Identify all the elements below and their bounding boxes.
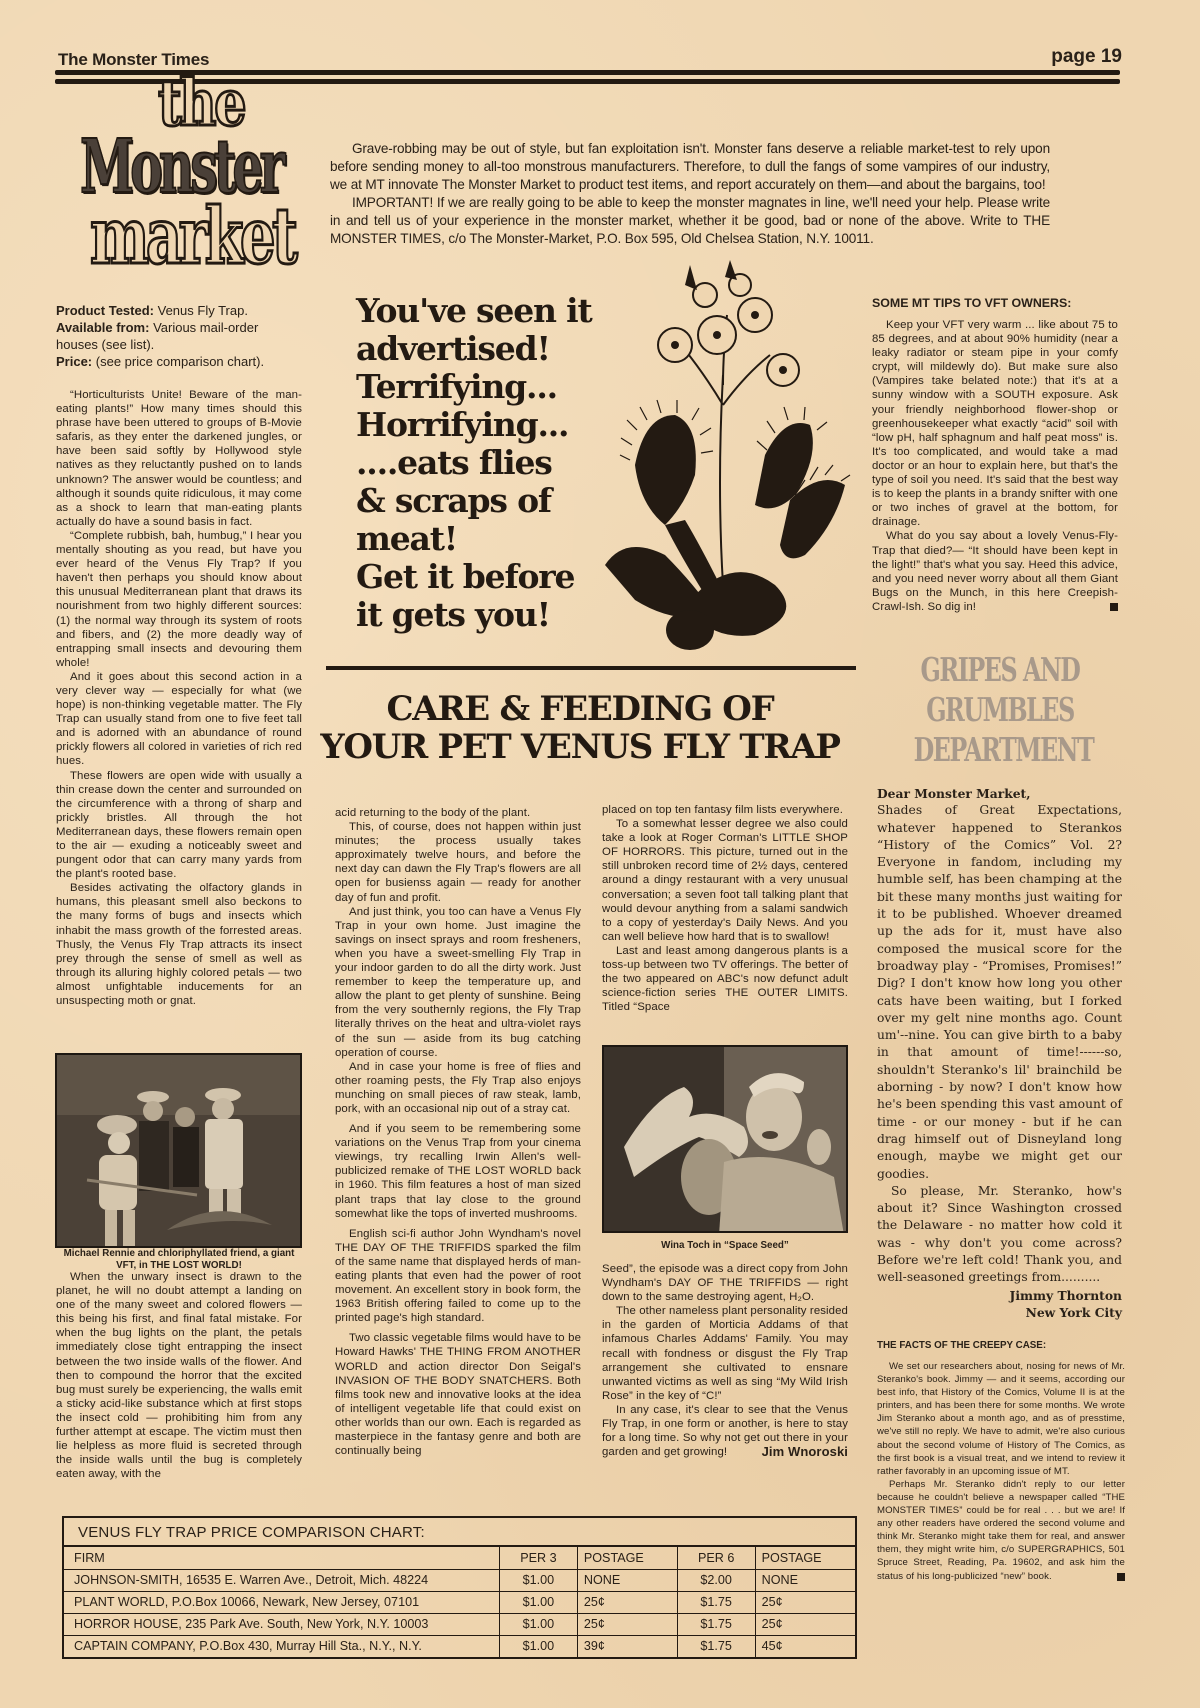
article-paragraph: Seed”, the episode was a direct copy fro… [602, 1262, 848, 1304]
firm-cell: CAPTAIN COMPANY, P.O.Box 430, Murray Hil… [64, 1635, 500, 1657]
plant-icon [605, 255, 855, 665]
per-3-cell: $1.00 [500, 1591, 578, 1613]
article-paragraph: And in case your home is free of flies a… [335, 1060, 581, 1116]
article-paragraph: Two classic vegetable films would have t… [335, 1331, 581, 1458]
price-value: (see price comparison chart). [96, 354, 264, 369]
intro-paragraph: Grave-robbing may be out of style, but f… [330, 140, 1050, 194]
price-chart-table: FIRM PER 3 POSTAGE PER 6 POSTAGE JOHNSON… [64, 1547, 855, 1657]
tips-heading: SOME MT TIPS TO VFT OWNERS: [872, 296, 1136, 310]
postage-6-cell: NONE [755, 1569, 855, 1591]
article-paragraph: And just think, you too can have a Venus… [335, 905, 581, 1060]
facts-heading: THE FACTS OF THE CREEPY CASE: [877, 1340, 1127, 1351]
per-6-cell: $1.75 [677, 1635, 755, 1657]
article-paragraph: The other nameless plant personality res… [602, 1304, 848, 1403]
price-label: Price: [56, 354, 92, 369]
reader-letter: Dear Monster Market, Shades of Great Exp… [877, 785, 1122, 1321]
firm-cell: JOHNSON-SMITH, 16535 E. Warren Ave., Det… [64, 1569, 500, 1591]
column-header-firm: FIRM [64, 1547, 500, 1569]
monster-market-logo: the Monster market [80, 72, 310, 272]
per-6-cell: $1.75 [677, 1613, 755, 1635]
ad-line: & scraps of [356, 482, 616, 520]
article-paragraph: To a somewhat lesser degree we also coul… [602, 817, 848, 944]
intro-text: Grave-robbing may be out of style, but f… [330, 140, 1050, 248]
product-info: Product Tested: Venus Fly Trap. Availabl… [56, 302, 300, 370]
postage-6-cell: 25¢ [755, 1613, 855, 1635]
page-number: page 19 [1051, 46, 1122, 68]
column-header-per-3: PER 3 [500, 1547, 578, 1569]
product-tested-value: Venus Fly Trap. [158, 303, 248, 318]
postage-3-cell: 25¢ [577, 1591, 677, 1613]
tips-paragraph: What do you say about a lovely Venus-Fly… [872, 529, 1118, 614]
price-chart-title: VENUS FLY TRAP PRICE COMPARISON CHART: [64, 1518, 855, 1547]
per-3-cell: $1.00 [500, 1613, 578, 1635]
space-seed-photo [602, 1045, 848, 1233]
article-headline-line-1: CARE & FEEDING OF [300, 690, 860, 728]
lost-world-caption: Michael Rennie and chloriphyllated frien… [54, 1248, 304, 1272]
letter-paragraph: Shades of Great Expectations, whatever h… [877, 802, 1122, 1183]
ad-copy: You've seen it advertised! Terrifying...… [356, 292, 616, 634]
space-seed-caption: Wina Toch in “Space Seed” [602, 1240, 848, 1252]
letter-signer-city: New York City [877, 1304, 1122, 1321]
per-3-cell: $1.00 [500, 1569, 578, 1591]
article-paragraph: And it goes about this second action in … [56, 670, 302, 769]
article-paragraph: Besides activating the olfactory glands … [56, 881, 302, 1008]
article-paragraph: These flowers are open wide with usually… [56, 769, 302, 882]
price-chart-row: CAPTAIN COMPANY, P.O.Box 430, Murray Hil… [64, 1635, 855, 1657]
ad-line: advertised! [356, 330, 616, 368]
firm-cell: HORROR HOUSE, 235 Park Ave. South, New Y… [64, 1613, 500, 1635]
ad-line: it gets you! [356, 596, 616, 634]
price-comparison-chart: VENUS FLY TRAP PRICE COMPARISON CHART: F… [62, 1516, 857, 1659]
tips-text: Keep your VFT very warm ... like about 7… [872, 318, 1118, 614]
facts-paragraph: We set our researchers about, nosing for… [877, 1360, 1125, 1478]
column-header-per-6: PER 6 [677, 1547, 755, 1569]
tips-paragraph: Keep your VFT very warm ... like about 7… [872, 318, 1118, 529]
letter-salutation: Dear Monster Market, [877, 785, 1122, 802]
price-chart-row: JOHNSON-SMITH, 16535 E. Warren Ave., Det… [64, 1569, 855, 1591]
postage-3-cell: 39¢ [577, 1635, 677, 1657]
letter-paragraph: So please, Mr. Steranko, how's about it?… [877, 1183, 1122, 1287]
gripes-heading: GRIPES AND GRUMBLES DEPARTMENT [914, 650, 1087, 770]
lost-world-photo-image [57, 1055, 302, 1248]
ad-line: You've seen it [356, 292, 616, 330]
end-mark-icon [1117, 1573, 1125, 1581]
article-paragraph: English sci-fi author John Wyndham's nov… [335, 1227, 581, 1326]
postage-6-cell: 25¢ [755, 1591, 855, 1613]
per-6-cell: $2.00 [677, 1569, 755, 1591]
ad-line: Horrifying... [356, 406, 616, 444]
article-column-1: “Horticulturists Unite! Beware of the ma… [56, 388, 302, 1008]
article-column-2: acid returning to the body of the plant.… [335, 806, 581, 1458]
column-header-postage-6: POSTAGE [755, 1547, 855, 1569]
price-chart-row: PLANT WORLD, P.O.Box 10066, Newark, New … [64, 1591, 855, 1613]
per-6-cell: $1.75 [677, 1591, 755, 1613]
postage-6-cell: 45¢ [755, 1635, 855, 1657]
ad-divider [326, 666, 856, 670]
article-column-3-continued: Seed”, the episode was a direct copy fro… [602, 1262, 848, 1459]
gripes-heading-line: GRIPES AND [914, 650, 1087, 690]
article-paragraph: Last and least among dangerous plants is… [602, 944, 848, 1014]
article-column-1-continued: When the unwary insect is drawn to the p… [56, 1270, 302, 1481]
article-paragraph: acid returning to the body of the plant. [335, 806, 581, 820]
product-tested-label: Product Tested: [56, 303, 154, 318]
article-paragraph: And if you seem to be remembering some v… [335, 1122, 581, 1221]
tips-paragraph-text: What do you say about a lovely Venus-Fly… [872, 530, 1118, 612]
ad-line: meat! [356, 520, 616, 558]
article-headline: CARE & FEEDING OF YOUR PET VENUS FLY TRA… [300, 690, 860, 766]
article-column-3: placed on top ten fantasy film lists eve… [602, 803, 848, 1014]
price-chart-header-row: FIRM PER 3 POSTAGE PER 6 POSTAGE [64, 1547, 855, 1569]
article-paragraph: “Horticulturists Unite! Beware of the ma… [56, 388, 302, 529]
intro-paragraph: IMPORTANT! If we are really going to be … [330, 194, 1050, 248]
ad-line: Get it before [356, 558, 616, 596]
price-chart-row: HORROR HOUSE, 235 Park Ave. South, New Y… [64, 1613, 855, 1635]
column-header-postage-3: POSTAGE [577, 1547, 677, 1569]
postage-3-cell: NONE [577, 1569, 677, 1591]
logo-market: market [90, 198, 294, 276]
available-from-label: Available from: [56, 320, 149, 335]
postage-3-cell: 25¢ [577, 1613, 677, 1635]
per-3-cell: $1.00 [500, 1635, 578, 1657]
facts-text: We set our researchers about, nosing for… [877, 1360, 1125, 1583]
ad-line: ....eats flies [356, 444, 616, 482]
gripes-heading-line: GRUMBLES [914, 690, 1087, 730]
lost-world-photo [55, 1053, 302, 1248]
firm-cell: PLANT WORLD, P.O.Box 10066, Newark, New … [64, 1591, 500, 1613]
article-headline-line-2: YOUR PET VENUS FLY TRAP [300, 728, 860, 766]
article-paragraph: placed on top ten fantasy film lists eve… [602, 803, 848, 817]
gripes-heading-line: DEPARTMENT [914, 730, 1087, 770]
facts-paragraph: Perhaps Mr. Steranko didn't reply to our… [877, 1478, 1125, 1583]
article-paragraph: “Complete rubbish, bah, humbug,” I hear … [56, 529, 302, 670]
article-paragraph: When the unwary insect is drawn to the p… [56, 1270, 302, 1481]
venus-fly-trap-illustration [605, 255, 855, 655]
space-seed-photo-image [604, 1047, 848, 1233]
ad-line: Terrifying... [356, 368, 616, 406]
letter-signer-name: Jimmy Thornton [877, 1287, 1122, 1304]
article-paragraph: This, of course, does not happen within … [335, 820, 581, 905]
end-mark-icon [1110, 603, 1118, 611]
facts-paragraph-text: Perhaps Mr. Steranko didn't reply to our… [877, 1479, 1125, 1582]
